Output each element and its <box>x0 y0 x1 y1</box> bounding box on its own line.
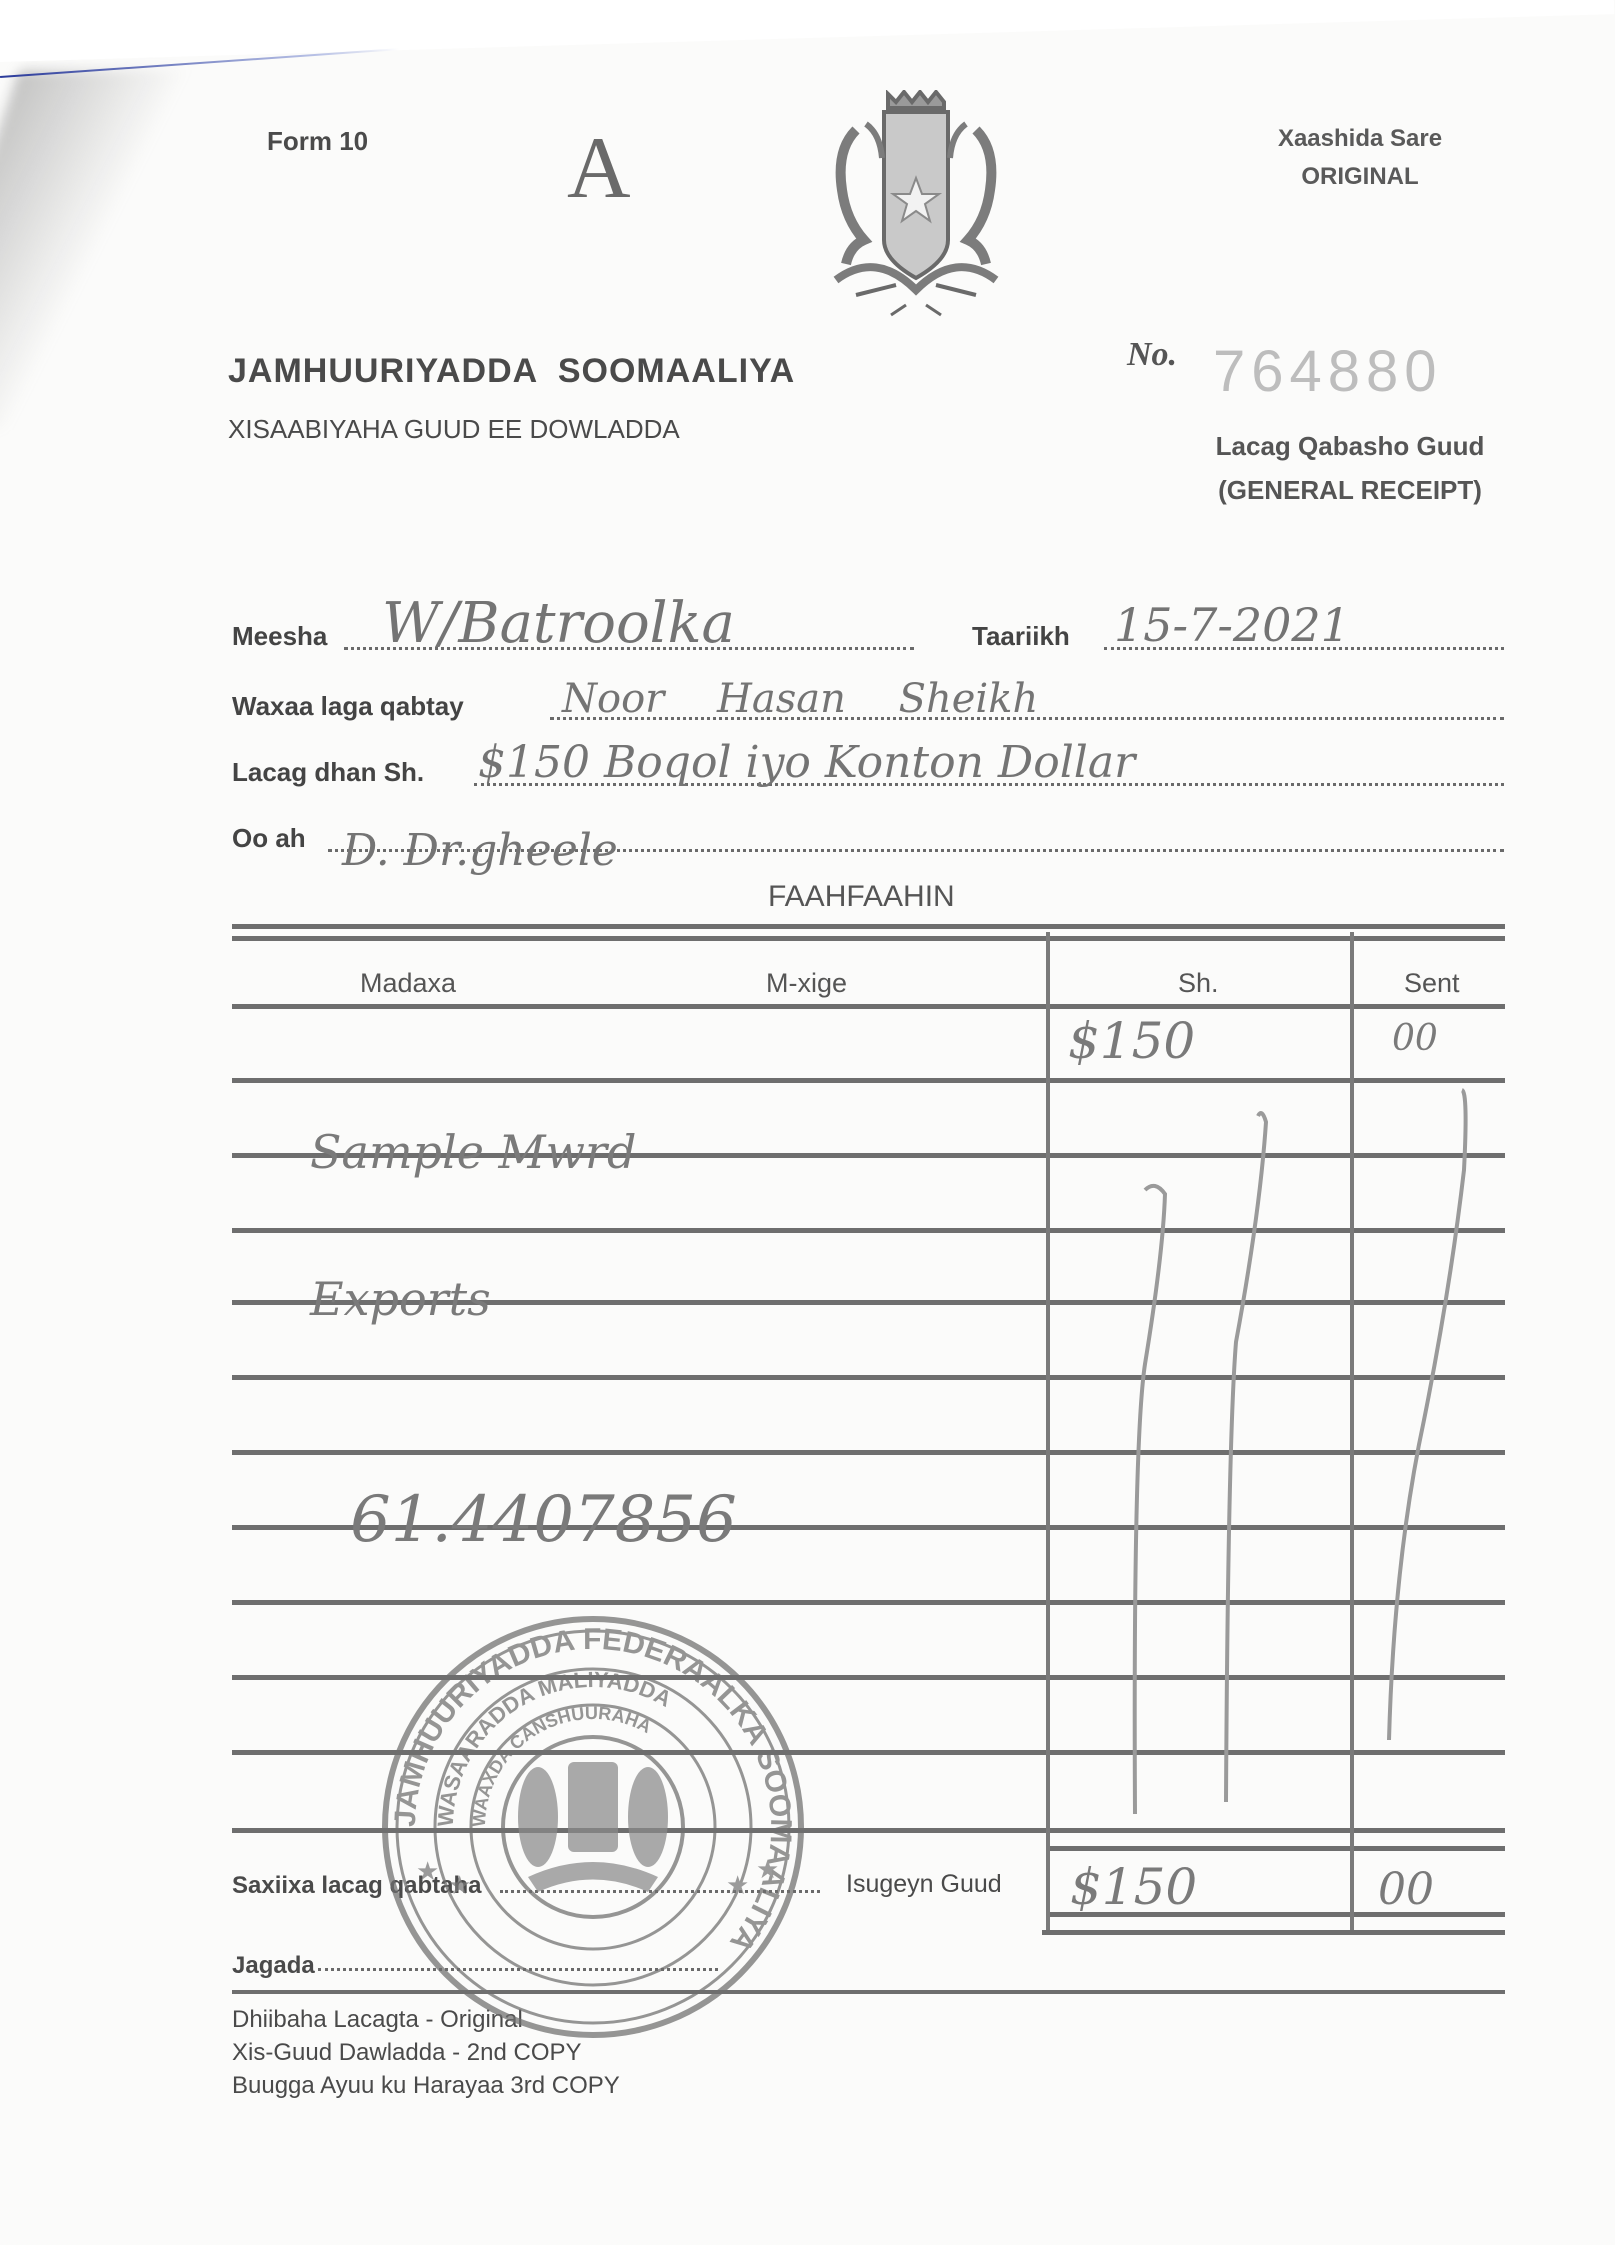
total-sh-value: $150 <box>1070 1858 1197 1916</box>
received-from-label: Waxaa laga qabtay <box>232 691 464 722</box>
copy-label-somali: Xaashida Sare <box>1240 120 1480 158</box>
svg-text:★: ★ <box>448 1870 471 1900</box>
column-header-m-xige: M-xige <box>766 968 847 999</box>
department-label: Jagada <box>232 1952 315 1980</box>
field-row-being: Oo ah D. Dr.gheele <box>232 818 1504 858</box>
total-sent-value: 00 <box>1378 1864 1434 1915</box>
row-description: Exports <box>310 1272 491 1326</box>
svg-text:★: ★ <box>756 1854 779 1884</box>
column-header-sh: Sh. <box>1178 968 1219 999</box>
receipt-title: Lacag Qabasho Guud (GENERAL RECEIPT) <box>1200 424 1500 512</box>
total-label: Isugeyn Guud <box>846 1870 1002 1899</box>
field-row-place-date: Meesha W/Batroolka Taariikh 15-7-2021 <box>232 616 1504 656</box>
column-header-madaxa: Madaxa <box>360 968 456 999</box>
somalia-coat-of-arms-icon <box>796 90 1036 330</box>
svg-text:★: ★ <box>416 1856 439 1886</box>
copy-3: Buugga Ayuu ku Harayaa 3rd COPY <box>232 2069 620 2102</box>
republic-name: JAMHUURIYADDA SOOMAALIYA <box>228 352 795 391</box>
date-label: Taariikh <box>972 621 1070 652</box>
scan-margin <box>0 0 1614 62</box>
table-rule <box>232 1004 1505 1009</box>
place-label: Meesha <box>232 621 327 652</box>
field-row-received-from: Waxaa laga qabtay Noor Hasan Sheikh <box>232 686 1504 726</box>
copy-label: Xaashida Sare ORIGINAL <box>1240 120 1480 196</box>
being-value[interactable]: D. Dr.gheele <box>342 825 618 876</box>
row-description: 61.4407856 <box>350 1483 737 1557</box>
table-rule <box>232 924 1505 929</box>
place-value[interactable]: W/Batroolka <box>382 591 735 656</box>
series-letter: A <box>567 118 631 219</box>
serial-number: 764880 <box>1213 338 1443 405</box>
scan-shadow <box>0 70 198 430</box>
row-amount-sent: 00 <box>1392 1018 1438 1059</box>
field-row-amount: Lacag dhan Sh. $150 Boqol iyo Konton Dol… <box>232 752 1504 792</box>
receipt-title-english: (GENERAL RECEIPT) <box>1200 468 1500 512</box>
row-description: Sample Mwrd <box>310 1125 636 1179</box>
received-from-value[interactable]: Noor Hasan Sheikh <box>562 676 1038 722</box>
amount-value[interactable]: $150 Boqol iyo Konton Dollar <box>478 737 1135 788</box>
column-header-sent: Sent <box>1404 968 1460 999</box>
official-stamp: JAMHUURIYADDA FEDERAALKA SOOMAALIYA WASA… <box>378 1612 808 2042</box>
amount-label: Lacag dhan Sh. <box>232 757 424 788</box>
form-number: Form 10 <box>267 126 368 157</box>
being-label: Oo ah <box>232 823 306 854</box>
ministry-name: XISAABIYAHA GUUD EE DOWLADDA <box>228 414 680 445</box>
section-title: FAAHFAAHIN <box>768 880 955 914</box>
copy-label-english: ORIGINAL <box>1240 158 1480 196</box>
svg-text:★: ★ <box>726 1870 749 1900</box>
number-label: No. <box>1127 336 1177 374</box>
table-rule <box>1046 1846 1505 1851</box>
table-rule <box>232 936 1505 941</box>
receipt-title-somali: Lacag Qabasho Guud <box>1200 424 1500 468</box>
cancel-strokes <box>1040 1080 1510 1840</box>
stamp-emblem-icon <box>518 1762 668 1892</box>
row-amount-sh: $150 <box>1068 1012 1195 1070</box>
table-rule <box>1042 1930 1505 1935</box>
date-value[interactable]: 15-7-2021 <box>1114 598 1350 652</box>
